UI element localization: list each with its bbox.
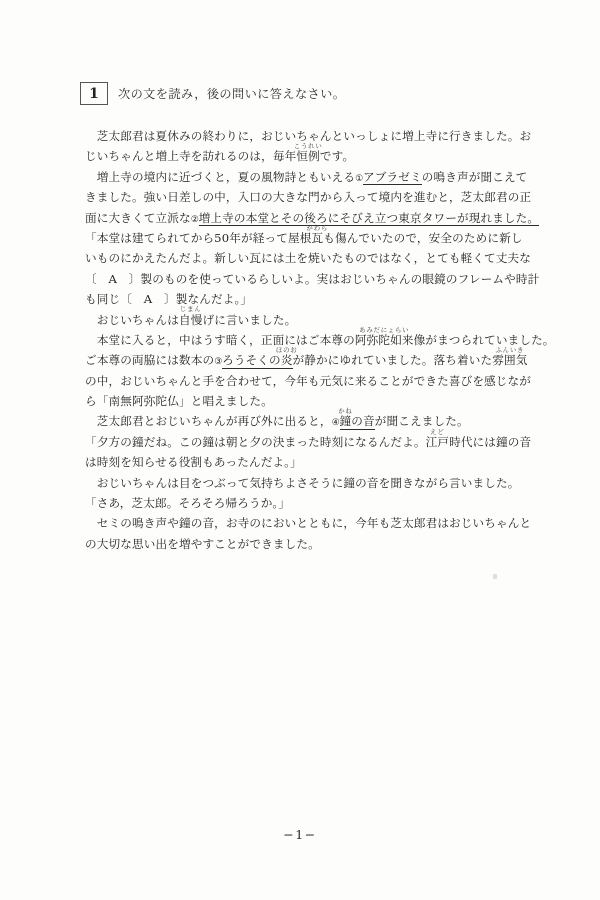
passage-line: 〔 A 〕製のものを使っているらしいよ。実はおじいちゃんの眼鏡のフレームや時計: [85, 269, 555, 289]
passage-text: の音: [351, 414, 375, 430]
passage-text: セミの鳴き声や鐘の音，お寺のにおいとともに，今年も芝太郎君はおじいちゃんと: [85, 516, 531, 530]
passage-text: 増上寺の本堂とその後ろにそびえ立つ東京タワーが現れました。: [199, 211, 540, 227]
passage-line: も同じ〔 A 〕製なんだよ。」: [85, 289, 555, 309]
passage-text: が静かにゆれていました。落ち着いた: [293, 353, 493, 367]
passage-text: 時代には鐘の音: [449, 435, 531, 449]
furigana: ふんいき: [495, 347, 524, 353]
page-number-footer: −1−: [0, 827, 600, 842]
ruby-base: 炎ほのお: [281, 353, 293, 369]
passage-text: おじいちゃんは目をつぶって気持ちよさそうに鐘の音を聞きながら言いました。: [85, 476, 520, 490]
passage-line: きました。強い日差しの中，入口の大きな門から入って境内を進むと，芝太郎君の正: [85, 187, 555, 207]
question-header: 1 次の文を読み，後の問いに答えなさい。: [80, 82, 345, 105]
passage-line: セミの鳴き声や鐘の音，お寺のにおいとともに，今年も芝太郎君はおじいちゃんと: [85, 513, 555, 533]
passage-text: 増上寺の境内に近づくと，夏の風物詩ともいえる: [85, 170, 355, 184]
passage-line: の中，おじいちゃんと手を合わせて，今年も元気に来ることができた喜びを感じなが: [85, 371, 555, 391]
passage-text: 「夕方の鐘だね。この鐘は朝と夕の決まった時刻になるんだよ。: [85, 435, 426, 449]
passage-text: 〔 A 〕製のものを使っているらしいよ。実はおじいちゃんの眼鏡のフレームや時計: [85, 272, 539, 286]
passage-line: は時刻を知らせる役割もあったんだよ。」: [85, 452, 555, 472]
passage-text: 「さあ，芝太郎。そろそろ帰ろうか。」: [85, 496, 290, 510]
ruby-base: 江戸えど: [426, 435, 450, 449]
passage-line: 芝太郎君とおじいちゃんが再び外に出ると，④鐘かねの音が聞こえました。: [85, 411, 555, 431]
question-number-box: 1: [80, 82, 108, 105]
passage-text: おじいちゃんは: [85, 313, 179, 327]
passage-line: 「夕方の鐘だね。この鐘は朝と夕の決まった時刻になるんだよ。江戸えど時代には鐘の音: [85, 432, 555, 452]
passage-text: は時刻を知らせる役割もあったんだよ。」: [85, 455, 302, 469]
furigana: かね: [338, 408, 352, 414]
passage-text: が聞こえました。: [375, 414, 469, 428]
passage-text: ら「南無阿弥陀仏」と唱えました。: [85, 394, 273, 408]
passage-text: ろうそくの: [222, 353, 281, 369]
scan-artifact: [493, 574, 497, 579]
passage-text: も傷んでいたので，安全のために新し: [323, 231, 522, 245]
passage-text: ご本尊の両脇には数本の: [85, 353, 214, 367]
passage-text: 像がまつられていました。: [414, 333, 555, 347]
exam-page: 1 次の文を読み，後の問いに答えなさい。 芝太郎君は夏休みの終わりに，おじいちゃ…: [0, 0, 600, 900]
annotation-number: ①: [355, 174, 363, 184]
ruby-base: 恒例こうれい: [296, 149, 320, 163]
passage-text: の中，おじいちゃんと手を合わせて，今年も元気に来ることができた喜びを感じなが: [85, 374, 531, 388]
passage-line: いものにかえたんだよ。新しい瓦には土を焼いたものではなく，とても軽くて丈夫な: [85, 248, 555, 268]
passage-text: の大切な思い出を増やすことができました。: [85, 537, 320, 551]
passage-line: じいちゃんと増上寺を訪れるのは，毎年恒例こうれいです。: [85, 146, 555, 166]
passage-text: きました。強い日差しの中，入口の大きな門から入って境内を進むと，芝太郎君の正: [85, 190, 531, 204]
passage-line: おじいちゃんは目をつぶって気持ちよさそうに鐘の音を聞きながら言いました。: [85, 473, 555, 493]
annotation-number: ③: [214, 357, 222, 367]
annotation-number: ②: [191, 215, 199, 225]
passage-text: 「本堂は建てられてから50年が経って屋根: [85, 231, 311, 245]
ruby-base: 雰囲気ふんいき: [492, 353, 527, 367]
question-number: 1: [89, 86, 99, 102]
passage-text: の鳴き声が聞こえて: [422, 170, 528, 184]
furigana: がわら: [307, 225, 329, 231]
furigana: ほのお: [276, 347, 298, 353]
question-instruction: 次の文を読み，後の問いに答えなさい。: [118, 85, 345, 102]
furigana: あみだにょらい: [359, 327, 409, 333]
ruby-base: 自慢じまん: [179, 313, 203, 327]
furigana: こうれい: [294, 143, 323, 149]
passage-line: 「さあ，芝太郎。そろそろ帰ろうか。」: [85, 493, 555, 513]
passage-text: いものにかえたんだよ。新しい瓦には土を焼いたものではなく，とても軽くて丈夫な: [85, 251, 531, 265]
ruby-base: 鐘かね: [340, 414, 352, 430]
passage-line: 本堂に入ると，中はうす暗く，正面にはご本尊の阿弥陀如来あみだにょらい像がまつられ…: [85, 330, 555, 350]
passage-text: げに言いました。: [202, 313, 296, 327]
passage-text: 芝太郎君とおじいちゃんが再び外に出ると，: [85, 414, 332, 428]
passage-line: ご本尊の両脇には数本の③ろうそくの炎ほのおが静かにゆれていました。落ち着いた雰囲…: [85, 350, 555, 370]
passage-line: 「本堂は建てられてから50年が経って屋根瓦がわらも傷んでいたので，安全のために新…: [85, 228, 555, 248]
passage-line: ら「南無阿弥陀仏」と唱えました。: [85, 391, 555, 411]
annotation-number: ④: [332, 418, 340, 428]
passage-line: の大切な思い出を増やすことができました。: [85, 534, 555, 554]
passage-line: 増上寺の境内に近づくと，夏の風物詩ともいえる①アブラゼミの鳴き声が聞こえて: [85, 167, 555, 187]
passage-line: おじいちゃんは自慢じまんげに言いました。: [85, 310, 555, 330]
passage: 芝太郎君は夏休みの終わりに，おじいちゃんといっしょに増上寺に行きました。おじいち…: [85, 126, 555, 554]
ruby-base: 阿弥陀如来あみだにょらい: [355, 333, 414, 347]
furigana: えど: [430, 429, 444, 435]
passage-text: じいちゃんと増上寺を訪れるのは，毎年: [85, 149, 296, 163]
ruby-base: 瓦がわら: [311, 231, 323, 245]
passage-text: も同じ〔 A 〕製なんだよ。」: [85, 292, 252, 306]
passage-text: 本堂に入ると，中はうす暗く，正面にはご本尊の: [85, 333, 355, 347]
passage-text: 芝太郎君は夏休みの終わりに，おじいちゃんといっしょに増上寺に行きました。お: [85, 129, 531, 143]
passage-text: です。: [320, 149, 354, 163]
passage-text: 面に大きくて立派な: [85, 211, 191, 225]
furigana: じまん: [180, 306, 202, 312]
passage-text: アブラゼミ: [363, 170, 422, 186]
